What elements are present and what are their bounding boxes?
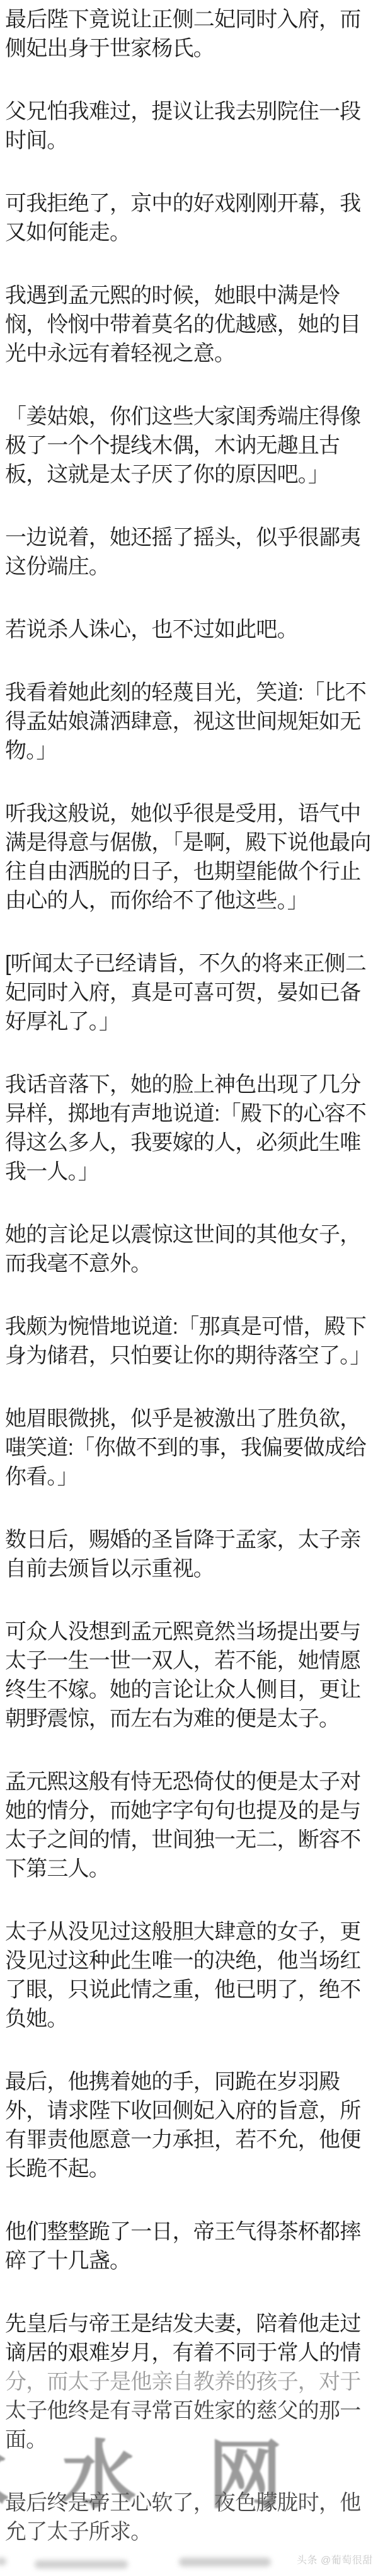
text-run: 「姜姑娘，你们这些大家闺秀端庄得像极了一个个提线木偶，木讷无趣且古板，这就是太子…	[5, 405, 360, 487]
paragraph: 我颇为惋惜地说道:「那真是可惜，殿下身为储君，只怕要让你的期待落空了。」	[5, 1312, 373, 1370]
text-run: 先皇后与帝王是结发夫妻，陪着他走过谪居的艰难岁月，有着不同于常人的情	[5, 2312, 360, 2365]
text-run: 一边说着，她还摇了摇头，似乎很鄙夷这份端庄。	[5, 526, 360, 579]
text-run: 听我这般说，她似乎很是受用，语气中满是得意与倨傲，「是啊，殿下说他最向往自由洒脱…	[5, 802, 371, 913]
text-run: 我看着她此刻的轻蔑目光，笑道:「比不得孟姑娘潇洒肆意，视这世间规矩如无物。」	[5, 681, 366, 763]
paragraph: 可众人没想到孟元熙竟然当场提出要与太子一生一世一双人，若不能，她情愿终生不嫁。她…	[5, 1617, 373, 1733]
paragraph: 可我拒绝了，京中的好戏刚刚开幕，我又如何能走。	[5, 189, 373, 247]
text-run: 太子从没见过这般胆大肆意的女子，更没见过这种此生唯一的决绝，他当场红了眼，只说此…	[5, 1920, 360, 2031]
paragraph: 先皇后与帝王是结发夫妻，陪着他走过谪居的艰难岁月，有着不同于常人的情分，而太子是…	[5, 2309, 373, 2454]
blurred-smudge	[0, 2558, 6, 2565]
story-text: 最后陛下竟说让正侧二妃同时入府，而侧妃出身于世家杨氏。父兄怕我难过，提议让我去别…	[0, 0, 378, 2546]
text-run: 可众人没想到孟元熙竟然当场提出要与太子一生一世一双人，若不能，她情愿终生不嫁。她…	[5, 1620, 360, 1731]
paragraph: 最后陛下竟说让正侧二妃同时入府，而侧妃出身于世家杨氏。	[5, 5, 373, 63]
paragraph: 「姜姑娘，你们这些大家闺秀端庄得像极了一个个提线木偶，木讷无趣且古板，这就是太子…	[5, 402, 373, 489]
paragraph: 若说杀人诛心，也不过如此吧。	[5, 615, 373, 644]
paragraph: 我看着她此刻的轻蔑目光，笑道:「比不得孟姑娘潇洒肆意，视这世间规矩如无物。」	[5, 678, 373, 765]
blurred-smudge	[179, 2558, 271, 2567]
text-run: [听闻太子已经请旨，不久的将来正侧二妃同时入府，真是可喜可贺，晏如已备好厚礼了。…	[5, 952, 366, 1034]
text-run: 她眉眼微挑，似乎是被激出了胜负欲，嗤笑道:「你做不到的事，我偏要做成给你看。」	[5, 1407, 366, 1489]
text-run: 我遇到孟元熙的时候，她眼中满是怜悯，怜悯中带着莫名的优越感，她的目光中永远有着轻…	[5, 284, 360, 366]
paragraph: 最后，他携着她的手，同跪在岁羽殿外，请求陛下收回侧妃入府的旨意，所有罪责他愿意一…	[5, 2067, 373, 2183]
text-run: 太子他终是有寻常百姓家的慈父的那一面。	[5, 2399, 360, 2452]
watermark-credit: 头条 @葡萄很甜	[297, 2552, 373, 2567]
paragraph: 我话音落下，她的脸上神色出现了几分异样，掷地有声地说道:「殿下的心容不得这么多人…	[5, 1070, 373, 1186]
paragraph: 听我这般说，她似乎很是受用，语气中满是得意与倨傲，「是啊，殿下说他最向往自由洒脱…	[5, 799, 373, 915]
text-run: 她的言论足以震惊这世间的其他女子，而我毫不意外。	[5, 1223, 360, 1276]
text-run: 孟元熙这般有恃无恐倚仗的便是太子对她的情分，而她字字句句也提及的是与太子之间的情…	[5, 1770, 360, 1881]
paragraph: 她的言论足以震惊这世间的其他女子，而我毫不意外。	[5, 1220, 373, 1278]
paragraph: 他们整整跪了一日，帝王气得茶杯都摔碎了十几盏。	[5, 2217, 373, 2275]
paragraph: 一边说着，她还摇了摇头，似乎很鄙夷这份端庄。	[5, 523, 373, 581]
text-run: 最后终是帝王心软了，夜色朦胧时，他允了太子所求。	[5, 2491, 360, 2544]
text-run: 父兄怕我难过，提议让我去别院住一段时间。	[5, 100, 360, 153]
text-run: 我颇为惋惜地说道:「那真是可惜，殿下身为储君，只怕要让你的期待落空了。」	[5, 1315, 371, 1368]
paragraph: 她眉眼微挑，似乎是被激出了胜负欲，嗤笑道:「你做不到的事，我偏要做成给你看。」	[5, 1404, 373, 1491]
paragraph: 我遇到孟元熙的时候，她眼中满是怜悯，怜悯中带着莫名的优越感，她的目光中永远有着轻…	[5, 281, 373, 368]
text-run: 我话音落下，她的脸上神色出现了几分异样，掷地有声地说道:「殿下的心容不得这么多人…	[5, 1073, 366, 1184]
paragraph: [听闻太子已经请旨，不久的将来正侧二妃同时入府，真是可喜可贺，晏如已备好厚礼了。…	[5, 949, 373, 1036]
paragraph: 太子从没见过这般胆大肆意的女子，更没见过这种此生唯一的决绝，他当场红了眼，只说此…	[5, 1917, 373, 2033]
paragraph: 数日后，赐婚的圣旨降于孟家，太子亲自前去颁旨以示重视。	[5, 1525, 373, 1583]
text-run: 可我拒绝了，京中的好戏刚刚开幕，我又如何能走。	[5, 192, 360, 245]
text-run: 最后陛下竟说让正侧二妃同时入府，而侧妃出身于世家杨氏。	[5, 8, 360, 61]
text-run: 他们整整跪了一日，帝王气得茶杯都摔碎了十几盏。	[5, 2220, 360, 2273]
text-run: 数日后，赐婚的圣旨降于孟家，太子亲自前去颁旨以示重视。	[5, 1528, 360, 1581]
paragraph: 孟元熙这般有恃无恐倚仗的便是太子对她的情分，而她字字句句也提及的是与太子之间的情…	[5, 1767, 373, 1883]
text-run: 若说杀人诛心，也不过如此吧。	[5, 618, 298, 642]
text-run: 分，而太子是他亲自教养的孩子，对于	[5, 2370, 360, 2394]
paragraph: 父兄怕我难过，提议让我去别院住一段时间。	[5, 97, 373, 155]
text-run: 最后，他携着她的手，同跪在岁羽殿外，请求陛下收回侧妃入府的旨意，所有罪责他愿意一…	[5, 2070, 360, 2181]
blurred-smudge	[35, 2560, 128, 2568]
novel-page: 最后陛下竟说让正侧二妃同时入府，而侧妃出身于世家杨氏。父兄怕我难过，提议让我去别…	[0, 0, 378, 2576]
paragraph: 最后终是帝王心软了，夜色朦胧时，他允了太子所求。	[5, 2488, 373, 2546]
